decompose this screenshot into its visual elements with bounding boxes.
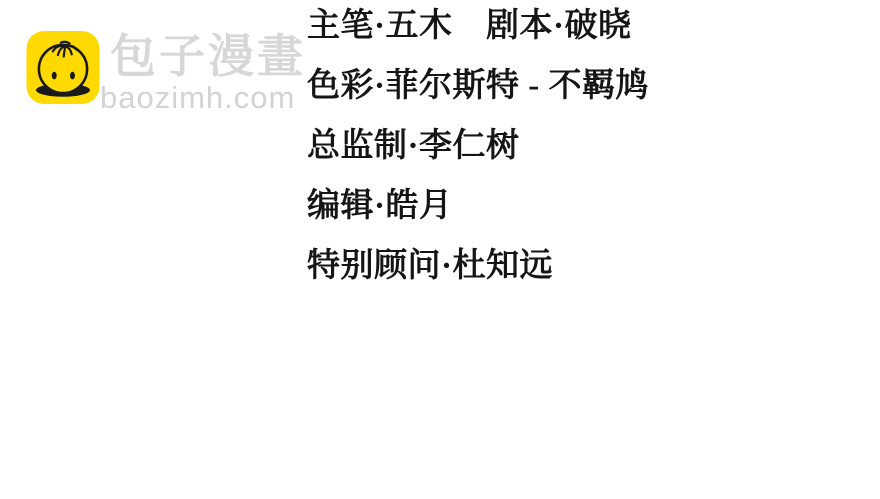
credit-line-advisor: 特别顾问·杜知远: [307, 232, 649, 292]
credit-line-producer: 总监制·李仁树: [307, 112, 649, 172]
comic-credits-page: 包子漫畫 baozimh.com 主笔·五木 剧本·破晓 色彩·菲尔斯特 - 不…: [0, 0, 880, 499]
credit-line-artist: 主笔·五木 剧本·破晓: [307, 0, 649, 52]
watermark-site-domain: baozimh.com: [100, 82, 295, 113]
watermark-site-name: 包子漫畫: [110, 33, 306, 79]
credit-line-editor: 编辑·皓月: [307, 172, 649, 232]
credits-block: 主笔·五木 剧本·破晓 色彩·菲尔斯特 - 不羁鸠 总监制·李仁树 编辑·皓月 …: [307, 0, 649, 292]
baozimh-watermark: 包子漫畫 baozimh.com: [26, 31, 326, 121]
baozi-bun-icon: [26, 31, 100, 104]
credit-line-color: 色彩·菲尔斯特 - 不羁鸠: [307, 52, 649, 112]
